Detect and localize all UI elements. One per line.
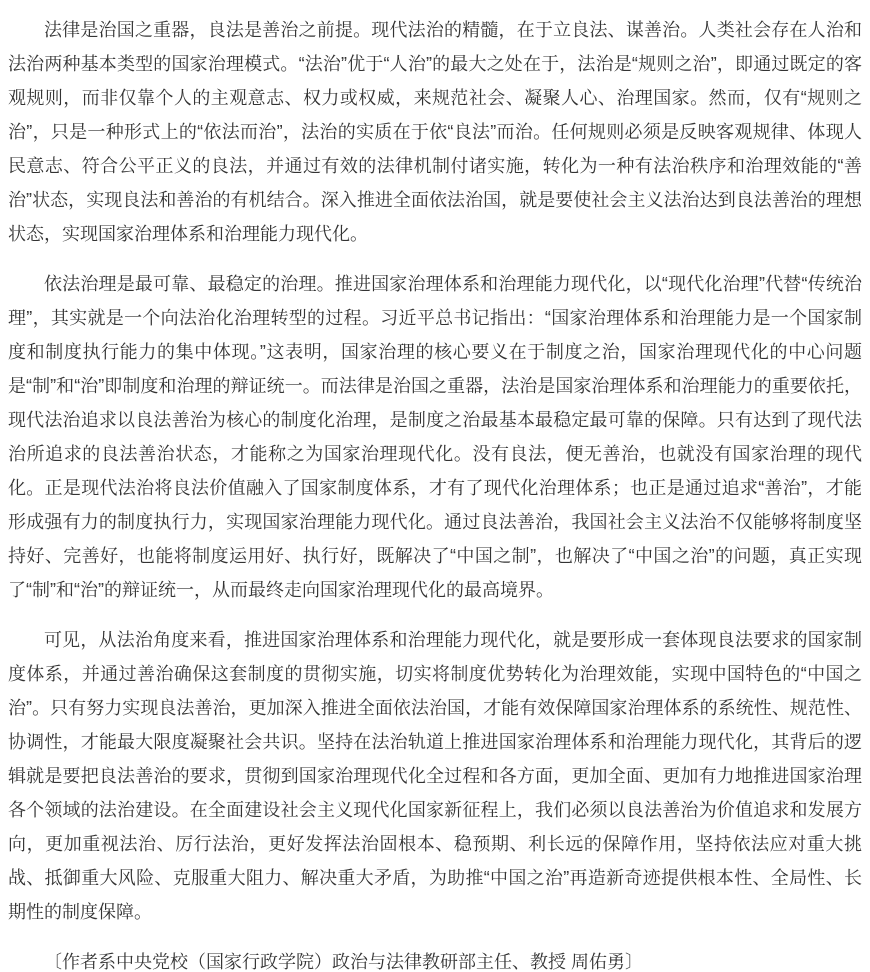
- paragraph-2: 依法治理是最可靠、最稳定的治理。推进国家治理体系和治理能力现代化，以“现代化治理…: [8, 267, 862, 607]
- paragraph-1: 法律是治国之重器，良法是善治之前提。现代法治的精髓，在于立良法、谋善治。人类社会…: [8, 13, 862, 251]
- paragraph-3: 可见，从法治角度来看，推进国家治理体系和治理能力现代化，就是要形成一套体现良法要…: [8, 623, 862, 929]
- author-attribution: 〔作者系中央党校（国家行政学院）政治与法律教研部主任、教授 周佑勇〕: [8, 945, 862, 972]
- article-body: 法律是治国之重器，良法是善治之前提。现代法治的精髓，在于立良法、谋善治。人类社会…: [0, 0, 870, 972]
